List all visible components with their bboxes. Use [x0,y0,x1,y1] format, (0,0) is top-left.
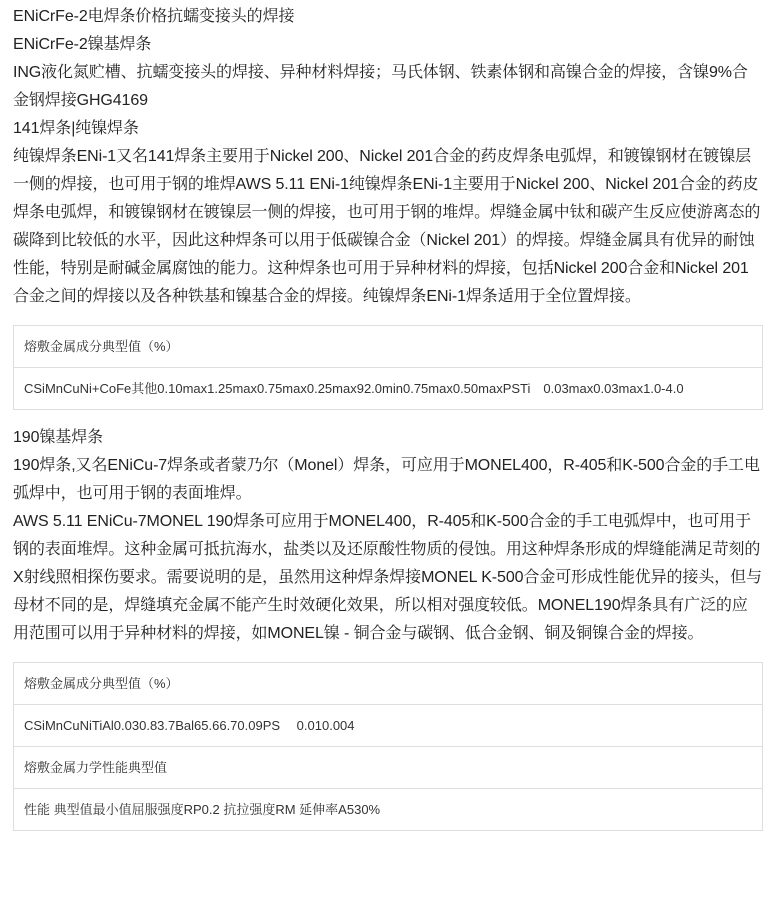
section-paragraph-190-intro: 190焊条,又名ENiCu-7焊条或者蒙乃尔（Monel）焊条，可应用于MONE… [13,452,763,508]
table-row: 熔敷金属力学性能典型值 [14,747,763,789]
composition-table-141: 熔敷金属成分典型值（%） CSiMnCuNi+CoFe其他0.10max1.25… [13,325,763,410]
section-paragraph-enicrfe2: ING液化氮贮槽、抗蠕变接头的焊接、异种材料焊接；马氏体钢、铁素体钢和高镍合金的… [13,59,763,115]
section-heading-190: 190镍基焊条 [13,424,763,452]
table-row: 性能 典型值最小值屈服强度RP0.2 抗拉强度RM 延伸率A530% [14,789,763,831]
table-cell-header: 熔敷金属力学性能典型值 [14,747,763,789]
table-row: CSiMnCuNi+CoFe其他0.10max1.25max0.75max0.2… [14,368,763,410]
table-row: 熔敷金属成分典型值（%） [14,326,763,368]
article-body: ENiCrFe-2电焊条价格抗蠕变接头的焊接 ENiCrFe-2镍基焊条 ING… [0,0,775,831]
composition-table-190: 熔敷金属成分典型值（%） CSiMnCuNiTiAl0.030.83.7Bal6… [13,662,763,831]
table-cell-values: CSiMnCuNiTiAl0.030.83.7Bal65.66.70.09PS … [14,705,763,747]
table-cell-header: 熔敷金属成分典型值（%） [14,663,763,705]
table-cell-header: 熔敷金属成分典型值（%） [14,326,763,368]
table-cell-values: CSiMnCuNi+CoFe其他0.10max1.25max0.75max0.2… [14,368,763,410]
section-paragraph-141: 纯镍焊条ENi-1又名141焊条主要用于Nickel 200、Nickel 20… [13,143,763,311]
table-cell-values: 性能 典型值最小值屈服强度RP0.2 抗拉强度RM 延伸率A530% [14,789,763,831]
table-row: CSiMnCuNiTiAl0.030.83.7Bal65.66.70.09PS … [14,705,763,747]
table-row: 熔敷金属成分典型值（%） [14,663,763,705]
section-heading-enicrfe2: ENiCrFe-2镍基焊条 [13,31,763,59]
article-title: ENiCrFe-2电焊条价格抗蠕变接头的焊接 [13,3,763,31]
section-heading-141: 141焊条|纯镍焊条 [13,115,763,143]
section-paragraph-190-detail: AWS 5.11 ENiCu-7MONEL 190焊条可应用于MONEL400，… [13,508,763,648]
